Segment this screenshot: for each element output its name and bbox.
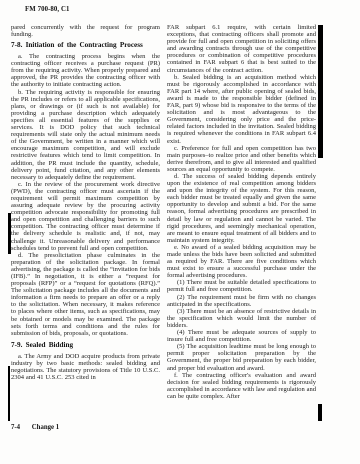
list-item-1: (1) There must be suitable detailed spec… xyxy=(167,279,316,293)
left-column: pared concurrently with the request for … xyxy=(11,24,160,400)
paragraph-continuation-right: FAR subpart 6.1 require, with certain li… xyxy=(167,24,316,74)
paragraph-7-9-f: f. The contracting officer's evaluation … xyxy=(167,372,316,400)
paragraph-7-8-a: a. The contracting process begins when t… xyxy=(11,53,160,88)
page-footer: 7-4 Change 1 xyxy=(11,424,59,432)
revision-change-bar xyxy=(318,404,322,421)
list-item-5: (5) The acquisition leadtime must be lon… xyxy=(167,343,316,371)
paragraph-7-9-a: a. The Army and DOD acquire products fro… xyxy=(11,353,160,381)
list-item-4: (4) There must be adequate sources of su… xyxy=(167,329,316,343)
section-heading-7-9: 7-9. Sealed Bidding xyxy=(11,342,160,350)
paragraph-continuation: pared concurrently with the request for … xyxy=(11,24,160,38)
section-heading-7-8: 7-8. Initiation of the Contracting Proce… xyxy=(11,42,160,50)
revision-change-bar xyxy=(318,25,323,158)
paragraph-7-8-d: d. The presolicitation phase culminates … xyxy=(11,252,160,337)
paragraph-7-9-c: c. Preference for full and open competit… xyxy=(167,145,316,173)
revision-change-bar xyxy=(8,366,10,421)
list-item-3: (3) There must be an absence of restrict… xyxy=(167,308,316,329)
two-column-text-area: pared concurrently with the request for … xyxy=(11,24,316,400)
paragraph-7-9-e: e. No award of a sealed bidding acquisit… xyxy=(167,244,316,279)
page-number: 7-4 xyxy=(11,424,20,431)
right-column: FAR subpart 6.1 require, with certain li… xyxy=(167,24,316,400)
list-item-2: (2) The requirement must be firm with no… xyxy=(167,294,316,308)
change-number-label: Change 1 xyxy=(32,424,59,431)
scanned-manual-page: FM 700-80, C1 pared concurrently with th… xyxy=(0,0,360,464)
paragraph-7-9-b: b. Sealed bidding is an acquisition meth… xyxy=(167,74,316,145)
paragraph-7-8-c: c. In the review of the procurement work… xyxy=(11,181,160,252)
paragraph-7-8-b: b. The requiring activity is responsible… xyxy=(11,89,160,181)
paragraph-7-9-d: d. The success of sealed bidding depends… xyxy=(167,173,316,244)
document-id-header: FM 700-80, C1 xyxy=(25,6,70,14)
revision-change-bar xyxy=(8,213,11,254)
